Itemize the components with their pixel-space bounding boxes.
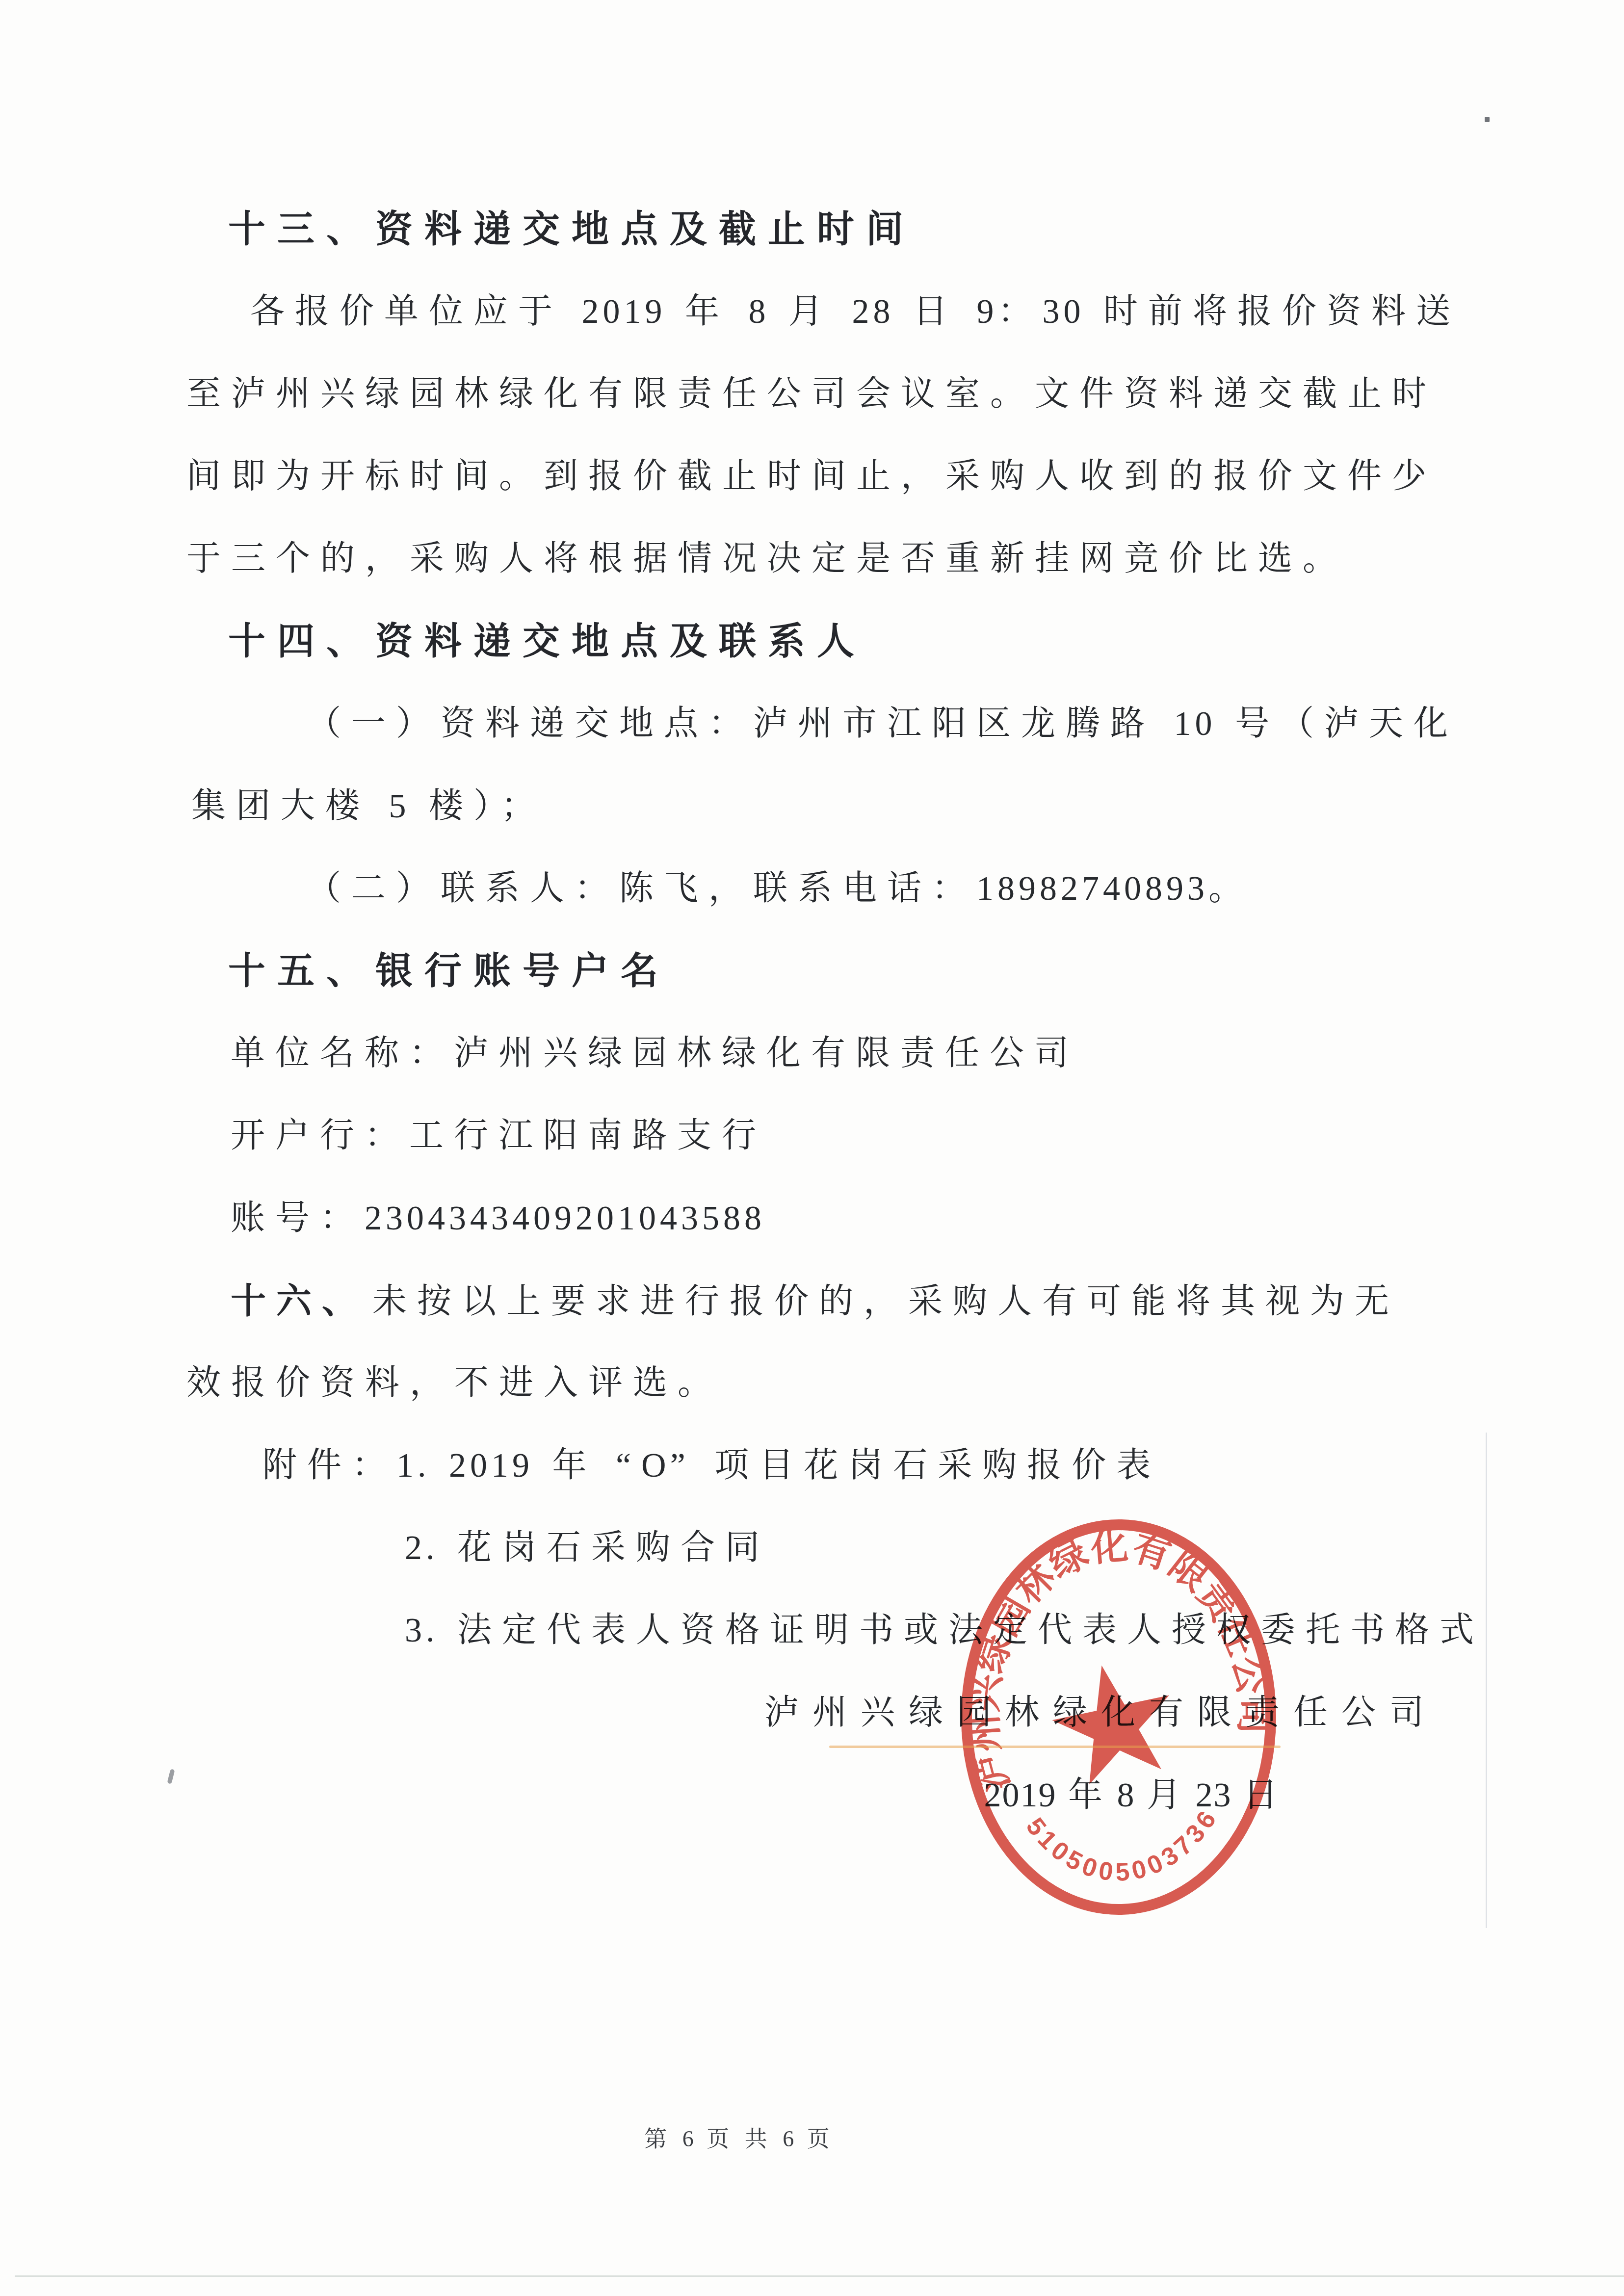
line-account-number: 账号：2304343409201043588	[231, 1177, 1438, 1260]
line-delivery-address: （一）资料递交地点：泸州市江阳区龙腾路 10 号（泸天化	[307, 683, 1438, 765]
scan-page-bottom-edge	[15, 2275, 1624, 2277]
latin-run: 6	[783, 2126, 796, 2151]
para-deadline-line-1: 各报价单位应于 2019 年 8 月 28 日 9：30 时前将报价资料送	[250, 271, 1438, 353]
seal-serial-number: 5105005003736	[1021, 1805, 1223, 1887]
latin-run: 6	[682, 2126, 696, 2151]
latin-run: 2019	[582, 293, 666, 331]
page-footer: 第 6 页 共 6 页	[0, 2119, 1551, 2159]
scan-artifact-vertical-line	[1486, 1433, 1487, 1928]
company-seal: 泸州兴绿园林绿化有限责任公司 5105005003736	[959, 1518, 1278, 1916]
scan-artifact-tick	[167, 1769, 175, 1784]
latin-run: 28	[852, 293, 894, 331]
latin-run: 2304343409201043588	[365, 1200, 765, 1237]
line-bank-branch: 开户行：工行江阳南路支行	[231, 1095, 1438, 1177]
heading-section-16-prefix: 十六、	[231, 1281, 367, 1321]
latin-run: 5	[389, 787, 410, 825]
latin-run: O	[641, 1447, 670, 1485]
latin-run: 2.	[405, 1529, 439, 1567]
heading-section-14: 十四、资料递交地点及联系人	[228, 600, 1438, 683]
heading-section-15: 十五、银行账号户名	[228, 930, 1438, 1013]
scan-artifact-dot	[1485, 117, 1490, 122]
latin-run: 9	[977, 293, 998, 331]
heading-section-13: 十三、资料递交地点及截止时间	[228, 188, 1438, 271]
line-section-16-text: 未按以上要求进行报价的，采购人有可能将其视为无	[372, 1283, 1399, 1321]
para-deadline-line-3: 间即为开标时间。到报价截止时间止，采购人收到的报价文件少	[186, 436, 1438, 518]
para-deadline-line-4: 于三个的，采购人将根据情况决定是否重新挂网竞价比选。	[186, 518, 1438, 600]
latin-run: 8	[749, 293, 770, 331]
latin-run: 18982740893	[976, 870, 1208, 908]
line-section-16: 十六、未按以上要求进行报价的，采购人有可能将其视为无	[231, 1260, 1438, 1342]
latin-run: 10	[1174, 705, 1216, 743]
para-deadline-line-2: 至泸州兴绿园林绿化有限责任公司会议室。文件资料递交截止时	[186, 353, 1438, 436]
line-attachment-2: 2. 花岗石采购合同	[405, 1507, 1438, 1590]
document-page: 十三、资料递交地点及截止时间 各报价单位应于 2019 年 8 月 28 日 9…	[0, 0, 1624, 2296]
line-attachment-3: 3. 法定代表人资格证明书或法定代表人授权委托书格式	[405, 1590, 1438, 1672]
line-contact-person: （二）联系人：陈飞，联系电话：18982740893。	[307, 848, 1438, 930]
seal-ring-text: 泸州兴绿园林绿化有限责任公司	[963, 1525, 1274, 1796]
line-attachments: 附件：1. 2019 年 “O” 项目花岗石采购报价表	[262, 1425, 1438, 1507]
scan-artifact-orange-streak	[829, 1746, 1281, 1748]
latin-run: 2019	[449, 1447, 533, 1485]
line-section-16-cont: 效报价资料，不进入评选。	[186, 1342, 1438, 1425]
latin-run: 30	[1043, 293, 1085, 331]
latin-run: 1.	[396, 1447, 430, 1485]
line-unit-name: 单位名称：泸州兴绿园林绿化有限责任公司	[231, 1013, 1438, 1095]
star-icon	[1043, 1653, 1184, 1789]
line-delivery-address-2: 集团大楼 5 楼）；	[191, 765, 1438, 848]
latin-run: 3.	[405, 1612, 439, 1649]
